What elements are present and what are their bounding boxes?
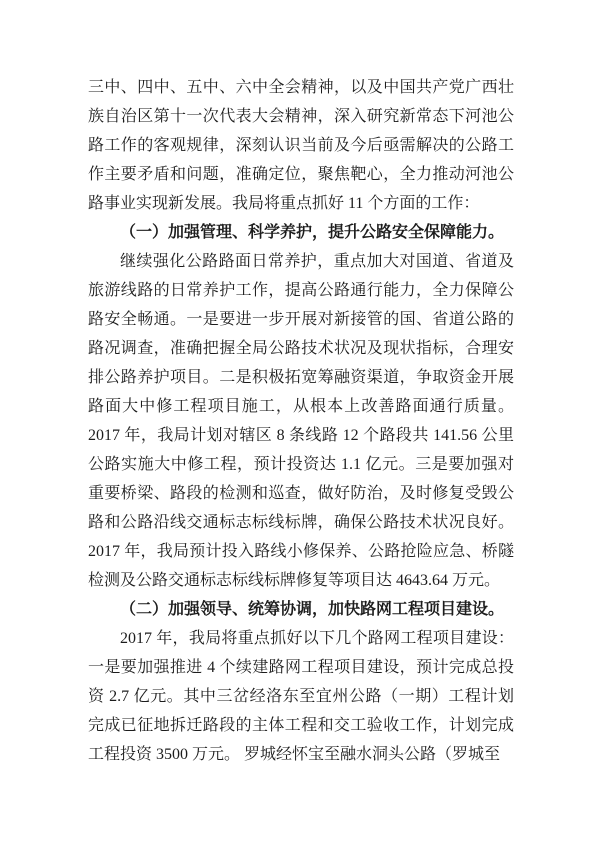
text-line: 资 2.7 亿元。其中三岔经洛东至宜州公路（一期）工程计划 [88, 682, 514, 711]
text-line: 旅游线路的日常养护工作，提高公路通行能力，全力保障公 [88, 276, 514, 305]
document-page: 三中、四中、五中、六中全会精神，以及中国共产党广西壮 族自治区第十一次代表大会精… [0, 0, 600, 849]
text-line: 继续强化公路路面日常养护，重点加大对国道、省道及 [88, 247, 514, 276]
section-heading-2: （二）加强领导、统筹协调，加快路网工程项目建设。 [88, 595, 514, 624]
text-line: 路和公路沿线交通标志标线标牌，确保公路技术状况良好。 [88, 508, 514, 537]
document-text-block: 三中、四中、五中、六中全会精神，以及中国共产党广西壮 族自治区第十一次代表大会精… [88, 73, 514, 769]
text-line: 重要桥梁、路段的检测和巡查，做好防治，及时修复受毁公 [88, 479, 514, 508]
text-line: 完成已征地拆迁路段的主体工程和交工验收工作，计划完成 [88, 711, 514, 740]
text-line: 路面大中修工程项目施工，从根本上改善路面通行质量。 [88, 392, 514, 421]
text-line: 2017 年，我局预计投入路线小修保养、公路抢险应急、桥隧 [88, 537, 514, 566]
text-line: 排公路养护项目。二是积极拓宽筹融资渠道，争取资金开展 [88, 363, 514, 392]
text-line: 作主要矛盾和问题，准确定位，聚焦靶心，全力推动河池公 [88, 160, 514, 189]
text-line: 路安全畅通。一是要进一步开展对新接管的国、省道公路的 [88, 305, 514, 334]
text-line: 三中、四中、五中、六中全会精神，以及中国共产党广西壮 [88, 73, 514, 102]
text-line: 一是要加强推进 4 个续建路网工程项目建设，预计完成总投 [88, 653, 514, 682]
text-line: 2017 年，我局计划对辖区 8 条线路 12 个路段共 141.56 公里 [88, 421, 514, 450]
text-line: 路工作的客观规律，深刻认识当前及今后亟需解决的公路工 [88, 131, 514, 160]
text-line: 工程投资 3500 万元。 罗城经怀宝至融水洞头公路（罗城至 [88, 740, 514, 769]
text-line: 2017 年，我局将重点抓好以下几个路网工程项目建设： [88, 624, 514, 653]
text-line: 族自治区第十一次代表大会精神，深入研究新常态下河池公 [88, 102, 514, 131]
text-line: 路事业实现新发展。我局将重点抓好 11 个方面的工作： [88, 189, 514, 218]
text-line: 公路实施大中修工程，预计投资达 1.1 亿元。三是要加强对 [88, 450, 514, 479]
text-line: 检测及公路交通标志标线标牌修复等项目达 4643.64 万元。 [88, 566, 514, 595]
text-line: 路况调查，准确把握全局公路技术状况及现状指标，合理安 [88, 334, 514, 363]
section-heading-1: （一）加强管理、科学养护，提升公路安全保障能力。 [88, 218, 514, 247]
